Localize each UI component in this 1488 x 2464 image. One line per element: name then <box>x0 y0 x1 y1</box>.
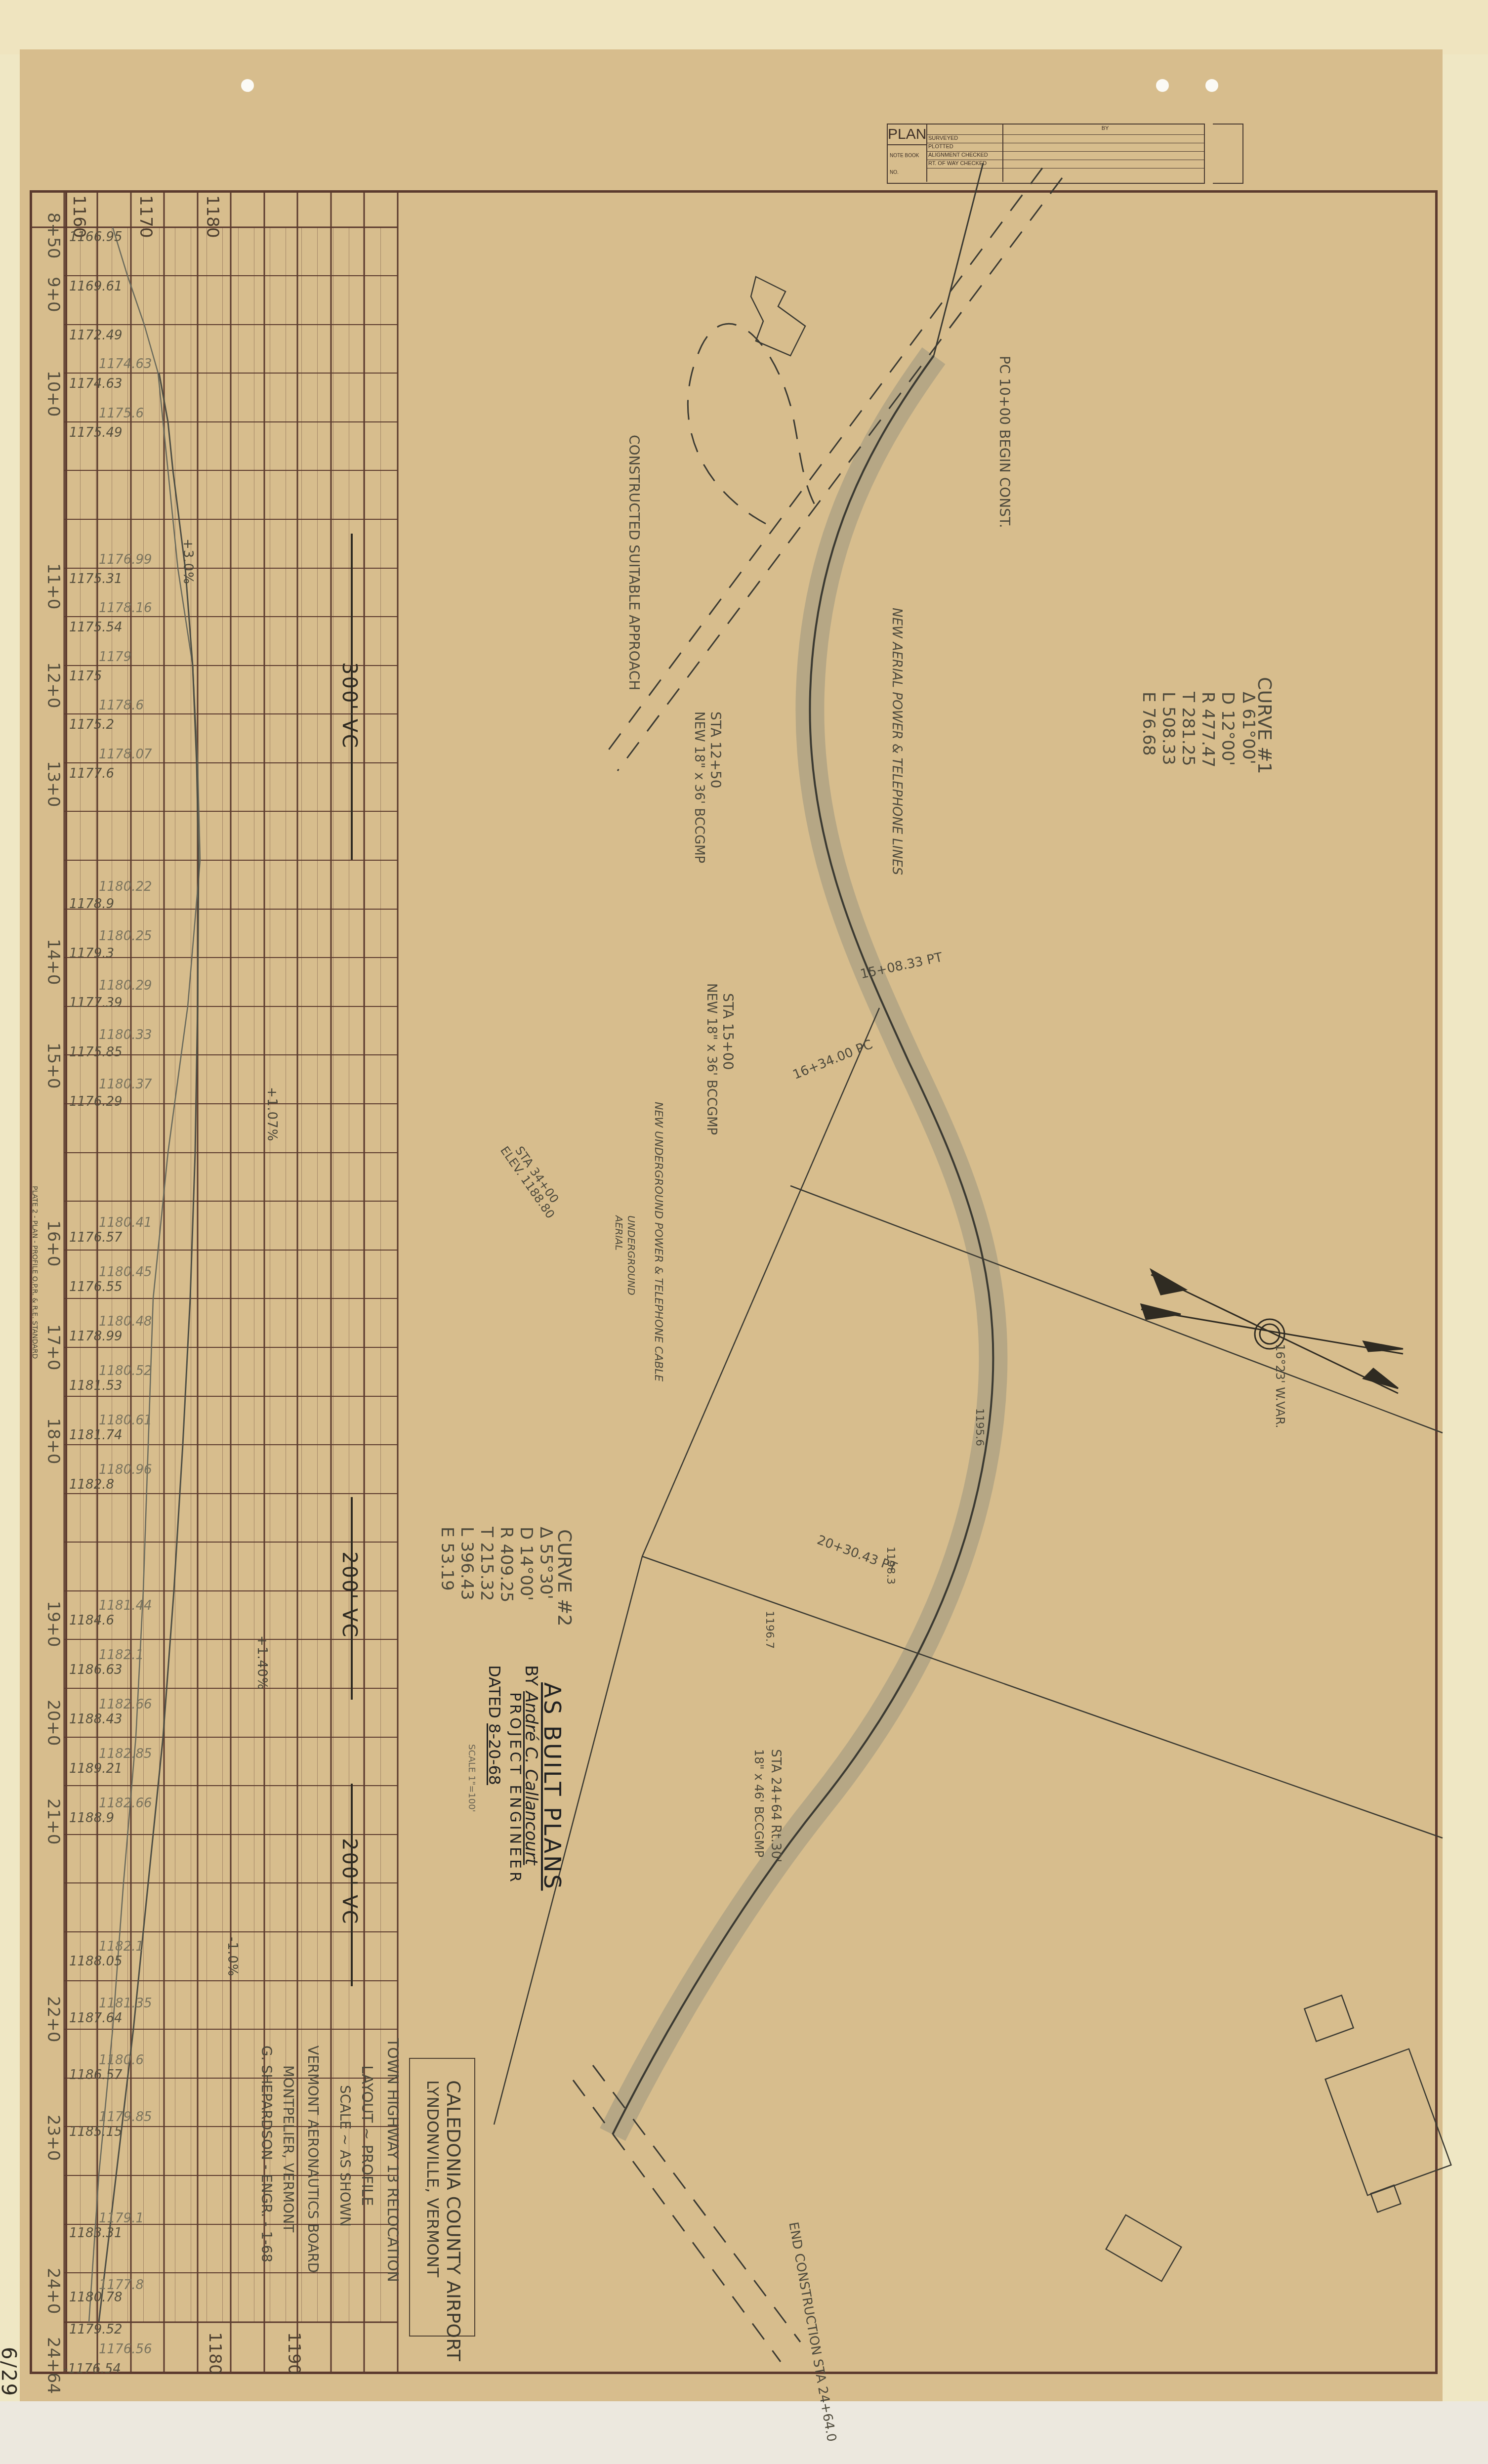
ground-elev: 1176.57 <box>69 1230 123 1245</box>
aerial-lines-label: NEW AERIAL POWER & TELEPHONE LINES <box>889 608 904 875</box>
spot-elevation: 1196.7 <box>763 1611 776 1649</box>
station-label: 12+0 <box>43 662 63 708</box>
project-name: CALEDONIA COUNTY AIRPORT <box>443 2080 464 2361</box>
station-label: 18+0 <box>43 1418 63 1464</box>
station-label: 9+0 <box>43 277 63 312</box>
ground-elev: 1181.53 <box>69 1378 123 1393</box>
ground-elev: 1175.85 <box>69 1045 123 1060</box>
grade-elev: 1180.37 <box>99 1077 152 1092</box>
ground-elev: 1188.05 <box>69 1954 123 1969</box>
as-built-signature: André C. Callancourt <box>521 1691 541 1865</box>
grade-note: +1.40% <box>254 1635 269 1690</box>
grade-elev: 1180.41 <box>99 1215 152 1230</box>
title-line: G. SHEPARDSON - ENGR. - 1-68 <box>258 2046 275 2262</box>
grade-note: -1.0% <box>225 1937 240 1976</box>
ground-elev: 1182.8 <box>69 1477 114 1492</box>
grade-elev: 1180.61 <box>99 1413 152 1428</box>
ground-elev: 1188.9 <box>69 1811 114 1826</box>
culvert-desc-24-64: 18" x 46' BCCGMP <box>752 1749 766 1857</box>
grade-elev: 1179.85 <box>99 2110 152 2125</box>
ground-elev: 1175.54 <box>69 620 123 635</box>
title-line: VERMONT AERONAUTICS BOARD <box>305 2046 321 2273</box>
curve-2-title: CURVE #2 <box>554 1529 576 1627</box>
legend-underground: UNDERGROUND <box>625 1215 637 1295</box>
as-built-date: 8-20-68 <box>485 1723 504 1785</box>
station-label: 11+0 <box>43 563 63 609</box>
culvert-desc-12-50: NEW 18" x 36' BCCGMP <box>692 711 706 863</box>
station-label: 24+0 <box>43 2268 63 2314</box>
station-label: 10+0 <box>43 371 63 417</box>
ground-elev: 1169.61 <box>69 279 123 294</box>
grade-elev: 1182.1 <box>99 1648 144 1663</box>
ground-elev: 1179.52 <box>69 2322 123 2337</box>
project-location: LYNDONVILLE, VERMONT <box>423 2080 442 2277</box>
curve-1-values: Δ 61°00' <box>1240 692 1257 764</box>
ground-elev: 1178.99 <box>69 1329 123 1344</box>
station-label: 23+0 <box>43 2115 63 2161</box>
curve-2-L: 396.43 <box>457 1542 477 1600</box>
grade-elev: 1180.52 <box>99 1364 152 1378</box>
begin-construction-label: PC 10+00 BEGIN CONST. <box>996 356 1013 528</box>
grade-elev: 1182.85 <box>99 1747 152 1761</box>
ground-elev: 1181.74 <box>69 1428 123 1443</box>
curve-1-D: 12°00' <box>1218 710 1238 766</box>
grade-elev: 1182.66 <box>99 1796 152 1811</box>
curve-2-delta: 55°30' <box>536 1544 556 1599</box>
station-label: 8+50 <box>43 212 63 258</box>
ground-elev: 1186.63 <box>69 1663 123 1677</box>
profile-elev-header: 1170 <box>136 195 156 238</box>
scale-bar-label: SCALE 1"=100' <box>466 1744 477 1812</box>
station-label: 24+64 <box>43 2337 63 2394</box>
drawing-linework <box>0 0 1488 2464</box>
ground-elev: -1176.54 <box>63 2362 121 2377</box>
grade-elev: 1180.45 <box>99 1265 152 1280</box>
as-built-role: PROJECT ENGINEER <box>506 1692 524 1885</box>
ground-elev: 1186.57 <box>69 2068 123 2083</box>
title-line: TOWN HIGHWAY 13 RELOCATION <box>384 2038 401 2282</box>
profile-elev-header: 1180 <box>203 195 222 238</box>
curve-1-E: 76.68 <box>1139 708 1158 755</box>
as-built-dated-label: DATED <box>485 1665 504 1718</box>
title-line: LAYOUT ~ PROFILE <box>358 2065 375 2206</box>
grade-elev: 1181.44 <box>99 1598 152 1613</box>
grade-elev: 1179.1 <box>99 2211 144 2226</box>
curve-1-T: 281.25 <box>1178 708 1198 766</box>
station-label: 19+0 <box>43 1601 63 1647</box>
grade-elev: 1178.16 <box>99 601 152 616</box>
legend-aerial: AERIAL <box>613 1215 625 1251</box>
grade-elev: 1174.63 <box>99 357 152 372</box>
ground-elev: 1172.49 <box>69 328 123 343</box>
culvert-desc-15-00: NEW 18" x 36' BCCGMP <box>704 983 719 1135</box>
curve-1-R: 477.47 <box>1198 709 1218 767</box>
ground-elev: 1175.49 <box>69 425 123 440</box>
approach-label: CONSTRUCTED SUITABLE APPROACH <box>626 435 642 690</box>
title-line: SCALE ~ AS SHOWN <box>337 2085 353 2226</box>
as-built-dated: DATED 8-20-68 <box>485 1665 504 1785</box>
grade-elev: 1180.6 <box>99 2053 144 2068</box>
grade-elev: 1177.8 <box>99 2278 144 2293</box>
station-label: 17+0 <box>43 1324 63 1370</box>
north-arrow-icon-label: 16°23' W.VAR. <box>1273 1344 1287 1428</box>
grade-elev: 1178.6 <box>99 698 144 713</box>
vc-note: 200' VC <box>338 1838 361 1925</box>
grade-elev: 1182.66 <box>99 1697 152 1712</box>
grade-note: +1.07% <box>264 1087 279 1141</box>
culvert-sta-24-64: STA 24+64 Rt.30' <box>768 1749 783 1862</box>
grade-elev: 1180.22 <box>99 879 152 894</box>
grade-elev: 1180.96 <box>99 1462 152 1477</box>
vc-note: 200' VC <box>338 1551 361 1638</box>
profile-bottom-header: 1180 <box>205 2332 225 2375</box>
grade-elev: 1182.1 <box>99 1939 144 1954</box>
grade-elev: 1179 <box>99 650 131 665</box>
station-label: 22+0 <box>43 1996 63 2042</box>
grade-note: +3.0% <box>180 539 195 585</box>
grade-elev: 1181.35 <box>99 1996 152 2011</box>
curve-2-D: 14°00' <box>516 1545 536 1601</box>
as-built-heading: AS BUILT PLANS <box>539 1682 566 1891</box>
ground-elev: 1175.2 <box>69 717 114 732</box>
underground-cable-label: NEW UNDERGROUND POWER & TELEPHONE CABLE <box>652 1102 664 1381</box>
culvert-sta-15-00: STA 15+00 <box>720 993 736 1070</box>
ground-elev: 1185.15 <box>69 2125 123 2139</box>
as-built-by: BY André C. Callancourt <box>521 1665 541 1865</box>
ground-elev: 1175 <box>69 669 102 684</box>
grade-elev: 1176.56 <box>99 2342 152 2357</box>
curve-1-L: 508.33 <box>1158 707 1178 765</box>
grade-elev: 1180.29 <box>99 978 152 993</box>
curve-2-E: 53.19 <box>437 1543 457 1590</box>
sheet-number: 6/29 <box>0 2347 20 2397</box>
spot-elevation: 1195.6 <box>973 1408 986 1446</box>
curve-2-R: 409.25 <box>496 1544 516 1602</box>
grade-elev: 1180.48 <box>99 1314 152 1329</box>
ground-elev: 1188.43 <box>69 1712 123 1727</box>
ground-elev: 1176.29 <box>69 1094 123 1109</box>
ground-elev: 1177.39 <box>69 996 123 1010</box>
station-label: 16+0 <box>43 1220 63 1266</box>
curve-2-T: 215.32 <box>477 1543 496 1601</box>
spot-elevation: 1198.3 <box>884 1546 897 1585</box>
vc-note: 300' VC <box>338 662 361 749</box>
title-line: MONTPELIER, VERMONT <box>280 2065 296 2232</box>
north-arrow-icon <box>1255 1319 1284 1349</box>
ground-elev: 1179.3 <box>69 946 114 961</box>
ground-elev: 1166.95 <box>69 230 123 245</box>
ground-elev: 1184.6 <box>69 1613 114 1628</box>
profile-bottom-header: 1190 <box>284 2332 304 2375</box>
ground-elev: 1177.6 <box>69 766 114 781</box>
paper-form-label: PLATE 2 - PLAN - PROFILE O.P.R. & R.E. S… <box>31 1186 39 1359</box>
grade-elev: 1180.33 <box>99 1028 152 1043</box>
station-label: 14+0 <box>43 939 63 985</box>
station-label: 20+0 <box>43 1700 63 1746</box>
curve-1-delta: 61°00' <box>1239 709 1258 764</box>
grade-elev: 1178.07 <box>99 747 152 762</box>
station-label: 21+0 <box>43 1798 63 1844</box>
grade-elev: 1180.25 <box>99 929 152 944</box>
station-label: 15+0 <box>43 1043 63 1088</box>
ground-elev: 1176.55 <box>69 1280 123 1295</box>
culvert-sta-12-50: STA 12+50 <box>707 711 724 788</box>
ground-elev: 1175.31 <box>69 572 123 586</box>
ground-elev: 1183.31 <box>69 2226 123 2241</box>
ground-elev: 1178.9 <box>69 897 114 912</box>
ground-elev: 1174.63 <box>69 376 123 391</box>
ground-elev: 1189.21 <box>69 1761 123 1776</box>
station-label: 13+0 <box>43 761 63 807</box>
grade-elev: 1175.6 <box>99 406 144 421</box>
ground-elev: 1187.64 <box>69 2011 123 2026</box>
title-block-box <box>409 2058 475 2337</box>
grade-elev: 1176.99 <box>99 552 152 567</box>
as-built-by-label: BY <box>521 1665 541 1686</box>
